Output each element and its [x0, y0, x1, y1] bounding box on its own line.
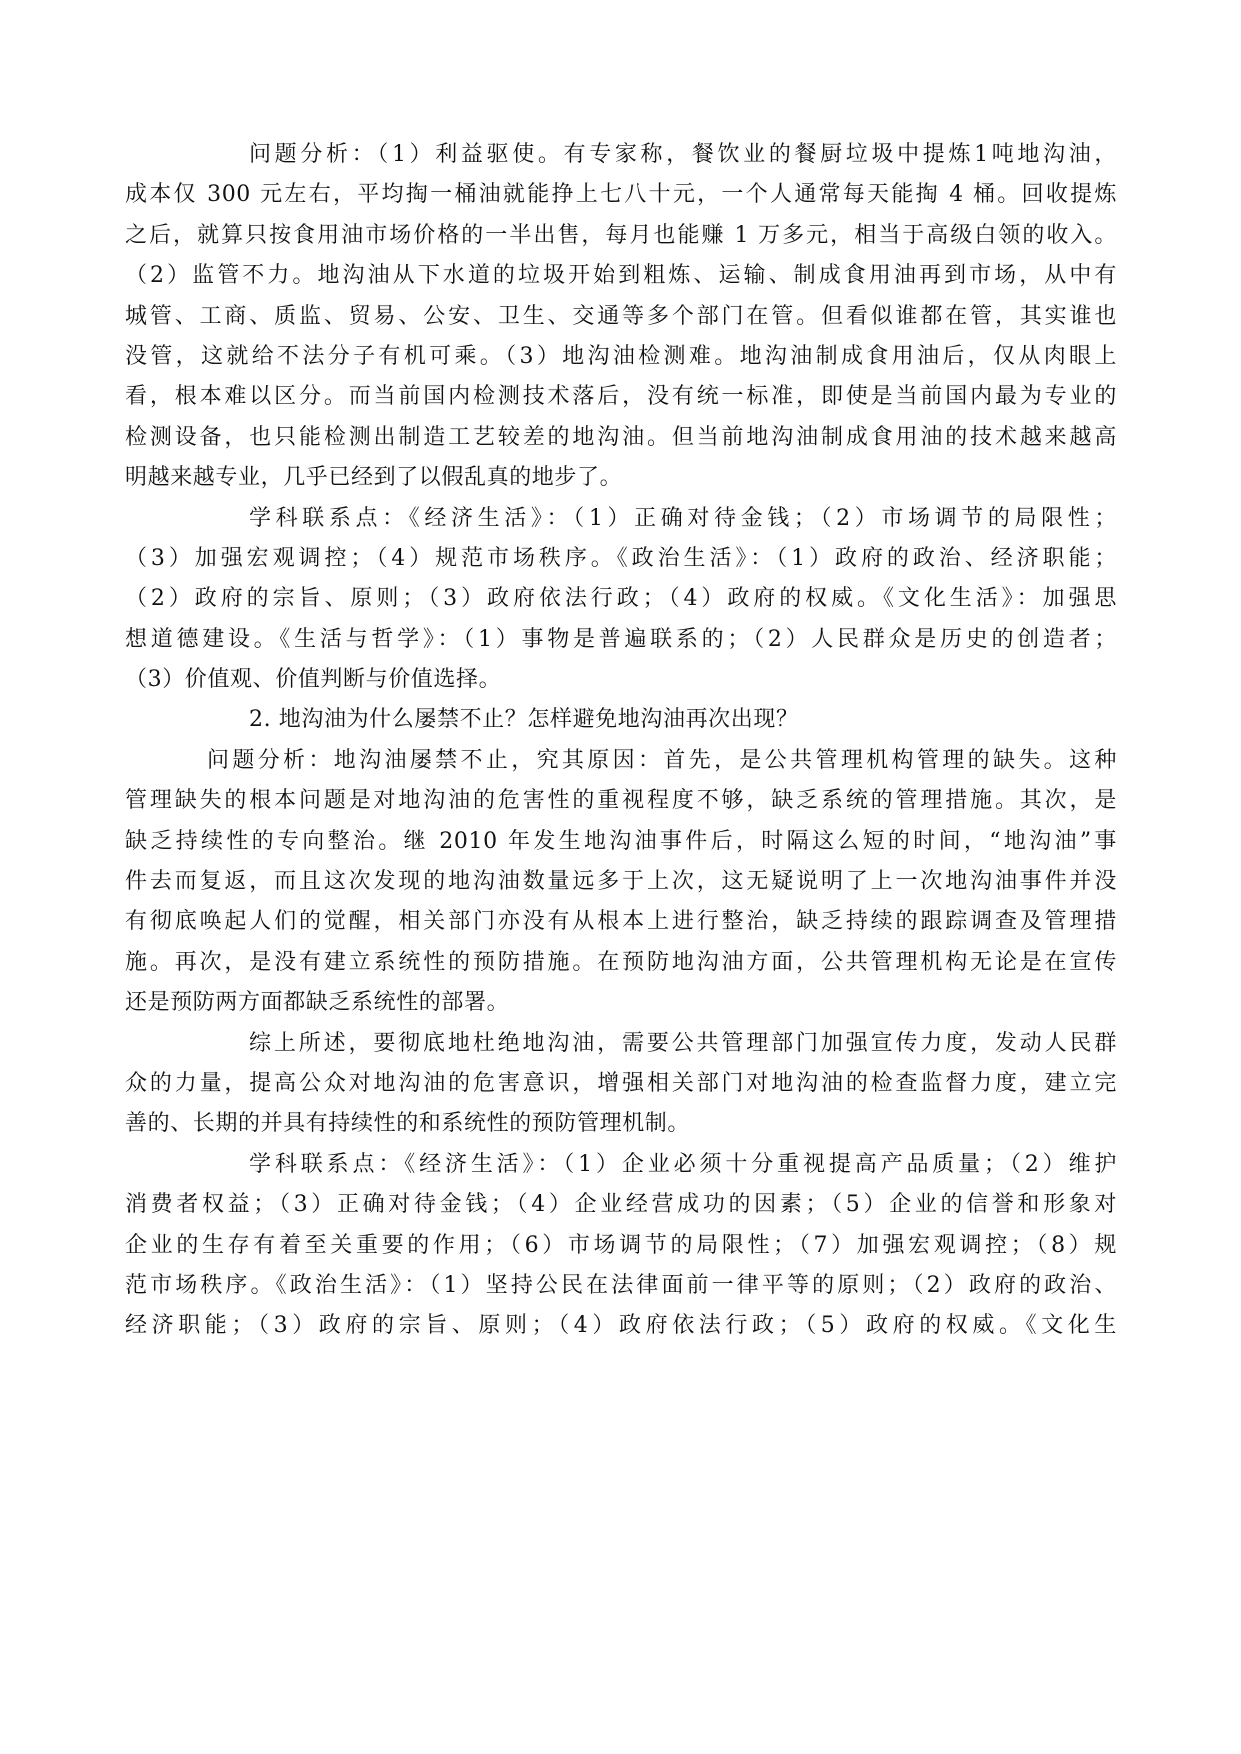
- text-line: （3）加强宏观调控；（4）规范市场秩序。《政治生活》：（1）政府的政治、经济职能…: [125, 539, 1117, 579]
- document-page: 问题分析：（1）利益驱使。有专家称，餐饮业的餐厨垃圾中提炼1吨地沟油， 成本仅 …: [0, 0, 1241, 1754]
- paragraph-subject-links-2: 学科联系点：《经济生活》：（1）企业必须十分重视提高产品质量；（2）维护 消费者…: [125, 1145, 1117, 1347]
- text-line: 综上所述，要彻底地杜绝地沟油，需要公共管理部门加强宣传力度，发动人民群: [125, 1024, 1117, 1064]
- text-line: 想道德建设。《生活与哲学》：（1）事物是普遍联系的；（2）人民群众是历史的创造者…: [125, 620, 1117, 660]
- text-line: 企业的生存有着至关重要的作用；（6）市场调节的局限性；（7）加强宏观调控；（8）…: [125, 1226, 1117, 1266]
- text-line: （2）政府的宗旨、原则；（3）政府依法行政；（4）政府的权威。《文化生活》：加强…: [125, 579, 1117, 619]
- text-line: 成本仅 300 元左右，平均掏一桶油就能挣上七八十元，一个人通常每天能掏 4 桶…: [125, 175, 1117, 215]
- text-line: 还是预防两方面都缺乏系统性的部署。: [125, 983, 1117, 1023]
- text-line: 善的、长期的并具有持续性的和系统性的预防管理机制。: [125, 1104, 1117, 1144]
- paragraph-subject-links-1: 学科联系点：《经济生活》：（1）正确对待金钱；（2）市场调节的局限性； （3）加…: [125, 499, 1117, 701]
- text-line: （3）价值观、价值判断与价值选择。: [125, 660, 1117, 700]
- question-heading: 2. 地沟油为什么屡禁不止？怎样避免地沟油再次出现？: [125, 700, 1117, 740]
- paragraph-summary: 综上所述，要彻底地杜绝地沟油，需要公共管理部门加强宣传力度，发动人民群 众的力量…: [125, 1024, 1117, 1145]
- text-line: 件去而复返，而且这次发现的地沟油数量远多于上次，这无疑说明了上一次地沟油事件并没: [125, 862, 1117, 902]
- text-line: 学科联系点：《经济生活》：（1）企业必须十分重视提高产品质量；（2）维护: [125, 1145, 1117, 1185]
- text-line: 缺乏持续性的专向整治。继 2010 年发生地沟油事件后，时隔这么短的时间，“地沟…: [125, 822, 1117, 862]
- paragraph-analysis-1: 问题分析：（1）利益驱使。有专家称，餐饮业的餐厨垃圾中提炼1吨地沟油， 成本仅 …: [125, 135, 1117, 499]
- text-line: 有彻底唤起人们的觉醒，相关部门亦没有从根本上进行整治，缺乏持续的跟踪调查及管理措: [125, 902, 1117, 942]
- text-line: 检测设备，也只能检测出制造工艺较差的地沟油。但当前地沟油制成食用油的技术越来越高: [125, 418, 1117, 458]
- text-line: 之后，就算只按食用油市场价格的一半出售，每月也能赚 1 万多元，相当于高级白领的…: [125, 216, 1117, 256]
- question-heading-2: 2. 地沟油为什么屡禁不止？怎样避免地沟油再次出现？: [125, 700, 1117, 740]
- document-body: 问题分析：（1）利益驱使。有专家称，餐饮业的餐厨垃圾中提炼1吨地沟油， 成本仅 …: [125, 135, 1117, 1347]
- text-line: 经济职能；（3）政府的宗旨、原则；（4）政府依法行政；（5）政府的权威。《文化生: [125, 1306, 1117, 1346]
- text-line: 众的力量，提高公众对地沟油的危害意识，增强相关部门对地沟油的检查监督力度，建立完: [125, 1064, 1117, 1104]
- text-line: 没管，这就给不法分子有机可乘。（3）地沟油检测难。地沟油制成食用油后，仅从肉眼上: [125, 337, 1117, 377]
- text-line: 管理缺失的根本问题是对地沟油的危害性的重视程度不够，缺乏系统的管理措施。其次，是: [125, 781, 1117, 821]
- text-line: 消费者权益；（3）正确对待金钱；（4）企业经营成功的因素；（5）企业的信誉和形象…: [125, 1185, 1117, 1225]
- text-line: 城管、工商、质监、贸易、公安、卫生、交通等多个部门在管。但看似谁都在管，其实谁也: [125, 297, 1117, 337]
- text-line: 看，根本难以区分。而当前国内检测技术落后，没有统一标准，即使是当前国内最为专业的: [125, 377, 1117, 417]
- text-line: （2）监管不力。地沟油从下水道的垃圾开始到粗炼、运输、制成食用油再到市场，从中有: [125, 256, 1117, 296]
- text-line: 问题分析：（1）利益驱使。有专家称，餐饮业的餐厨垃圾中提炼1吨地沟油，: [125, 135, 1117, 175]
- text-line: 明越来越专业，几乎已经到了以假乱真的地步了。: [125, 458, 1117, 498]
- text-line: 范市场秩序。《政治生活》：（1）坚持公民在法律面前一律平等的原则；（2）政府的政…: [125, 1266, 1117, 1306]
- text-line: 施。再次，是没有建立系统性的预防措施。在预防地沟油方面，公共管理机构无论是在宣传: [125, 943, 1117, 983]
- text-line: 问题分析：地沟油屡禁不止，究其原因：首先，是公共管理机构管理的缺失。这种: [125, 741, 1117, 781]
- paragraph-analysis-2: 问题分析：地沟油屡禁不止，究其原因：首先，是公共管理机构管理的缺失。这种 管理缺…: [125, 741, 1117, 1024]
- text-line: 学科联系点：《经济生活》：（1）正确对待金钱；（2）市场调节的局限性；: [125, 499, 1117, 539]
